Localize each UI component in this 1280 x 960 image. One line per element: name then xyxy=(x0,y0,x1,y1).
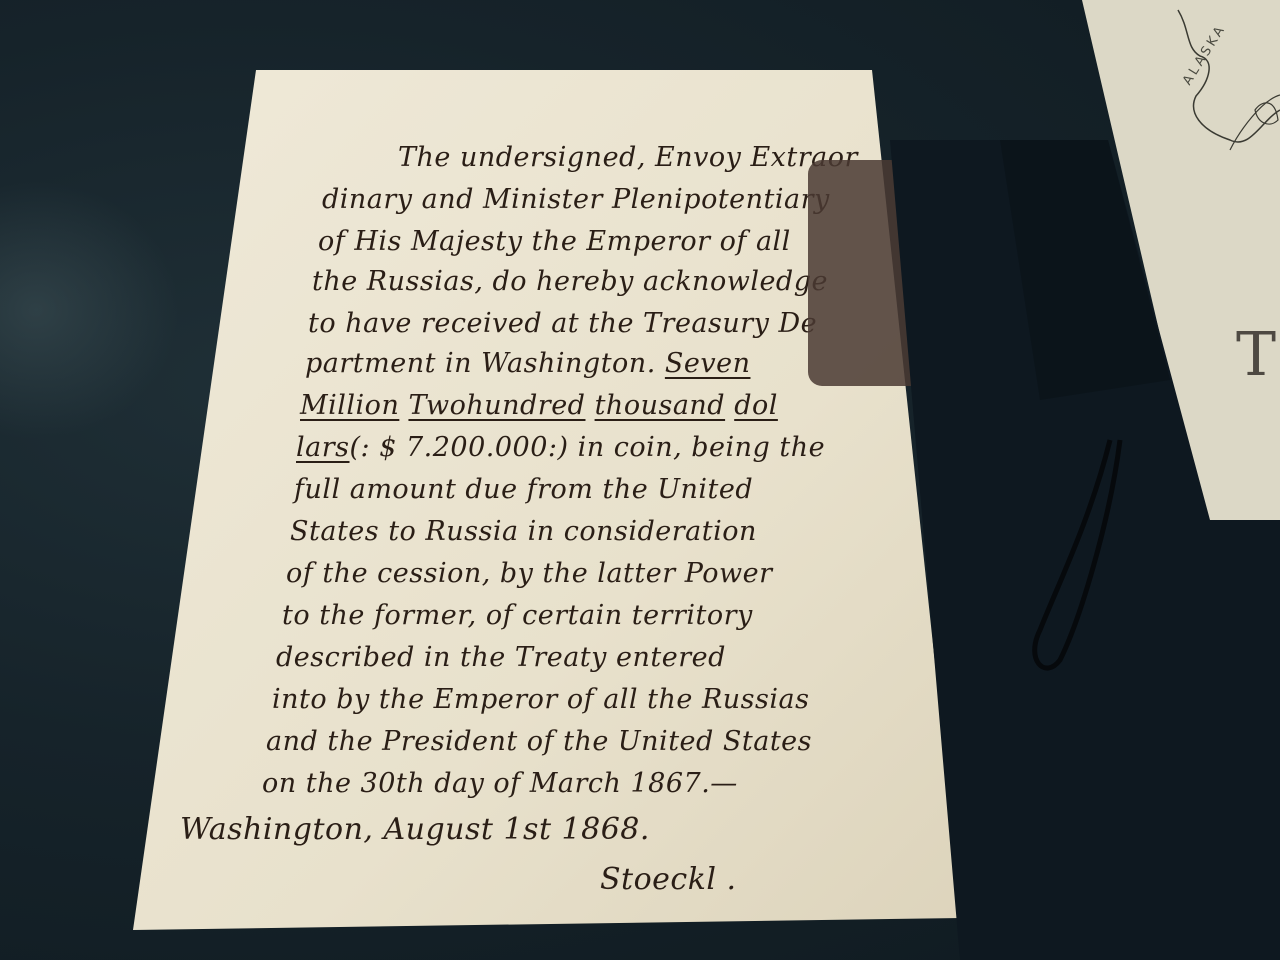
text-line: the Russias, do hereby acknowledge xyxy=(312,266,828,297)
document-paper: The undersigned, Envoy Extraor dinary an… xyxy=(0,0,1280,960)
text-segment: partment in Washington xyxy=(305,348,647,379)
placard-heading: T xyxy=(1236,320,1276,390)
text-line: of His Majesty the Emperor of all xyxy=(318,226,791,257)
place-date: Washington, August 1st 1868. xyxy=(180,812,650,847)
text-line: on the 30th day of March 1867.— xyxy=(262,768,738,799)
underlined-amount: Million xyxy=(300,390,399,421)
text-line: States to Russia in consideration xyxy=(290,516,757,547)
handwritten-text: The undersigned, Envoy Extraor dinary an… xyxy=(0,0,1280,960)
text-line: full amount due from the United xyxy=(294,474,753,505)
text-line: described in the Treaty entered xyxy=(276,642,726,673)
text-segment: (: $ 7.200.000:) in coin, being the xyxy=(350,432,826,463)
text-line: The undersigned, Envoy Extraor xyxy=(398,142,858,173)
text-line: lars(: $ 7.200.000:) in coin, being the xyxy=(296,432,825,463)
text-line: to have received at the Treasury De xyxy=(308,308,817,339)
text-line: partment in Washington. Seven xyxy=(305,348,750,379)
text-line: and the President of the United States xyxy=(266,726,812,757)
underlined-amount: thousand xyxy=(595,390,726,421)
underlined-amount: lars xyxy=(296,432,350,463)
underlined-amount: dol xyxy=(734,390,778,421)
text-line: dinary and Minister Plenipotentiary xyxy=(322,184,830,215)
text-line: into by the Emperor of all the Russias xyxy=(272,684,809,715)
cast-shadow xyxy=(808,160,1108,386)
underlined-amount: Seven xyxy=(665,348,751,379)
signature: Stoeckl . xyxy=(600,862,737,897)
underlined-amount: Twohundred xyxy=(408,390,585,421)
text-line: Million Twohundred thousand dol xyxy=(300,390,778,421)
text-line: to the former, of certain territory xyxy=(282,600,753,631)
text-line: of the cession, by the latter Power xyxy=(286,558,773,589)
